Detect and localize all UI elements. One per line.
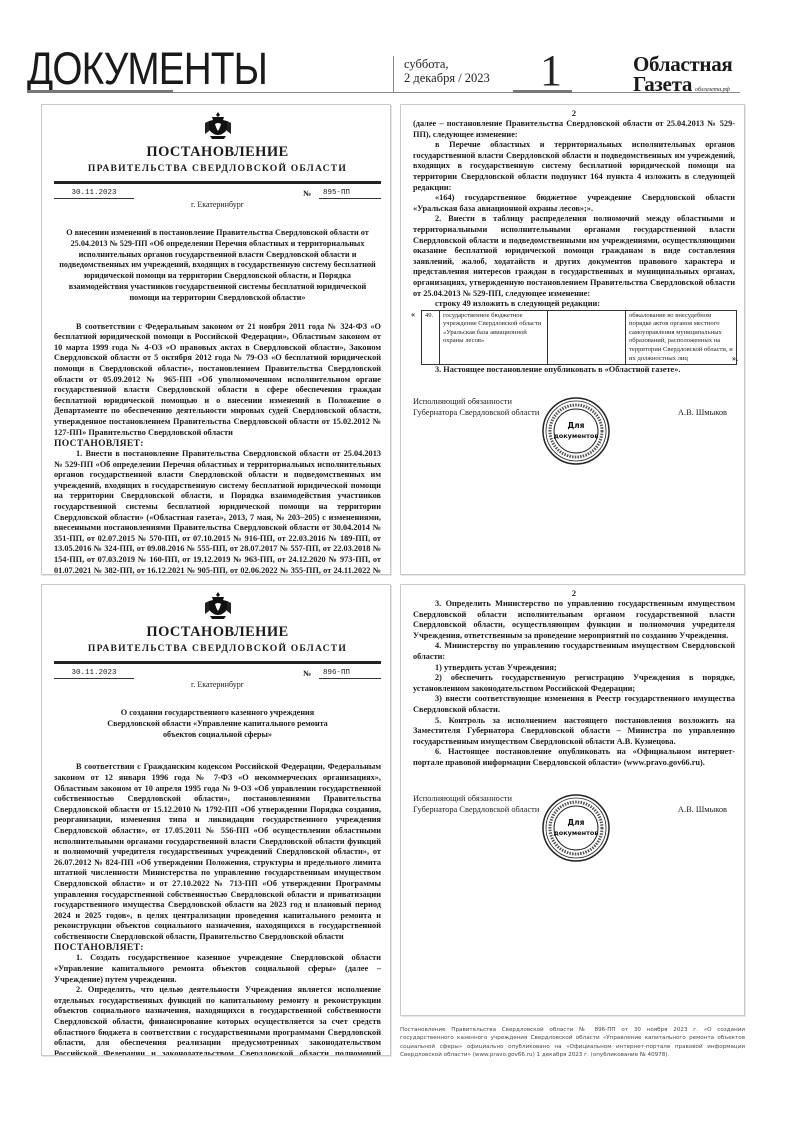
logo-line-1: Областная <box>633 54 733 74</box>
document-895-page-1: ПОСТАНОВЛЕНИЕ ПРАВИТЕЛЬСТВА СВЕРДЛОВСКОЙ… <box>41 104 391 575</box>
page-number-bar <box>513 90 572 93</box>
page-number: 1 <box>540 49 562 93</box>
svg-text:Для: Для <box>568 421 585 430</box>
number-label: № <box>303 189 311 200</box>
item-4-3: 3) внести соответствующие изменения в Ре… <box>413 694 735 715</box>
paragraph-a: в Перечне областных и территориальных ис… <box>413 140 735 193</box>
signatory-name: А.В. Шмыков <box>678 407 727 418</box>
table-row-49: « 49. государственное бюджетное учрежден… <box>413 310 735 366</box>
stamp-icon: Для документов <box>541 396 611 466</box>
issue-day: 2 декабря <box>404 71 455 85</box>
continuation: (далее – постановление Правительства Све… <box>413 119 735 140</box>
issue-year: / 2023 <box>458 71 490 85</box>
item-3: 3. Определить Министерство по управлению… <box>413 599 735 641</box>
table-row: 49. государственное бюджетное учреждение… <box>422 310 737 365</box>
resolution-number: 895-ПП <box>319 188 381 199</box>
resolution-title: ПОСТАНОВЛЕНИЕ <box>54 144 381 160</box>
svg-text:Для: Для <box>568 818 585 827</box>
distribution-table: 49. государственное бюджетное учреждение… <box>421 310 737 366</box>
item-1: 1. Создать государственное казенное учре… <box>54 953 381 985</box>
page-number-2: 2 <box>413 107 735 119</box>
table-cell-scope: обжалование во внесудебном порядке актов… <box>626 310 737 365</box>
resolution-city: г. Екатеринбург <box>54 200 381 211</box>
resolves-label: ПОСТАНОВЛЯЕТ: <box>54 942 381 953</box>
section-title: ДОКУМЕНТЫ <box>27 46 267 92</box>
row-intro: строку 49 изложить в следующей редакции: <box>413 299 735 310</box>
item-2: 2. Внести в таблицу распределения полном… <box>413 214 735 299</box>
signatory-name: А.В. Шмыков <box>678 804 727 815</box>
resolution-city: г. Екатеринбург <box>54 680 381 691</box>
resolution-heading: О создании государственного казенного уч… <box>94 708 341 740</box>
logo-site: облгазета.рф <box>695 87 730 93</box>
resolution-date: 30.11.2023 <box>54 668 134 679</box>
stamp-icon: Для документов <box>541 793 611 863</box>
svg-text:документов: документов <box>554 829 599 837</box>
item-4-2: 2) обеспечить государственную регистраци… <box>413 673 735 694</box>
document-896-page-1: ПОСТАНОВЛЕНИЕ ПРАВИТЕЛЬСТВА СВЕРДЛОВСКОЙ… <box>41 584 391 1056</box>
item-1: 1. Внести в постановление Правительства … <box>54 449 381 575</box>
document-895-page-2: 2 (далее – постановление Правительства С… <box>400 104 745 575</box>
item-2: 2. Определить, что целью деятельности Уч… <box>54 985 381 1056</box>
signatory-role: Исполняющий обязанности <box>413 396 539 407</box>
masthead-accent-bar <box>27 90 173 93</box>
signatory-role-2: Губернатора Свердловской области <box>413 407 539 418</box>
signature-block: Исполняющий обязанности Губернатора Свер… <box>413 396 735 470</box>
close-quote: ». <box>732 354 738 365</box>
table-cell-number: 49. <box>422 310 440 365</box>
item-5: 5. Контроль за исполнением настоящего по… <box>413 716 735 748</box>
issue-weekday: суббота, <box>404 57 490 71</box>
resolution-heading: О внесении изменений в постановление Пра… <box>58 228 377 304</box>
resolution-title: ПОСТАНОВЛЕНИЕ <box>54 624 381 640</box>
svg-text:документов: документов <box>554 432 599 440</box>
coat-of-arms-icon <box>203 591 233 621</box>
resolution-number: 896-ПП <box>319 668 381 679</box>
preamble: В соответствии с Федеральным законом от … <box>54 322 381 439</box>
resolves-label: ПОСТАНОВЛЯЕТ: <box>54 438 381 449</box>
preamble: В соответствии с Гражданским кодексом Ро… <box>54 762 381 942</box>
signature-block: Исполняющий обязанности Губернатора Свер… <box>413 793 735 867</box>
item-3: 3. Настоящее постановление опубликовать … <box>413 365 735 376</box>
signatory-role: Исполняющий обязанности <box>413 793 539 804</box>
resolution-requisites: 30.11.2023 № 895-ПП г. Екатеринбург <box>54 188 381 214</box>
header-double-rule <box>54 181 381 184</box>
item-6: 6. Настоящее постановление опубликовать … <box>413 747 735 768</box>
table-cell-institution: государственное бюджетное учреждение Све… <box>440 310 548 365</box>
page-number-2: 2 <box>413 587 735 599</box>
table-cell-empty <box>548 310 626 365</box>
open-quote: « <box>411 310 415 321</box>
coat-of-arms-icon <box>203 111 233 141</box>
signatory-role-2: Губернатора Свердловской области <box>413 804 539 815</box>
number-label: № <box>303 669 311 680</box>
logo-line-2: Газета <box>633 72 692 96</box>
paragraph-b: «164) государственное бюджетное учрежден… <box>413 193 735 214</box>
resolution-requisites: 30.11.2023 № 896-ПП г. Екатеринбург <box>54 668 381 694</box>
header-double-rule <box>54 661 381 664</box>
document-896-page-2: 2 3. Определить Министерство по управлен… <box>400 584 745 1016</box>
issue-date: суббота, 2 декабря / 2023 <box>404 57 490 85</box>
item-4-1: 1) утвердить устав Учреждения; <box>413 663 735 674</box>
masthead: ДОКУМЕНТЫ суббота, 2 декабря / 2023 1 Об… <box>0 0 800 96</box>
publication-footnote: Постановление Правительства Свердловской… <box>400 1026 745 1060</box>
newspaper-logo: Областная Газетаоблгазета.рф <box>633 54 733 100</box>
resolution-date: 30.11.2023 <box>54 188 134 199</box>
masthead-divider <box>393 56 394 92</box>
item-4: 4. Министерству по управлению государств… <box>413 641 735 662</box>
resolution-authority: ПРАВИТЕЛЬСТВА СВЕРДЛОВСКОЙ ОБЛАСТИ <box>54 163 381 175</box>
resolution-authority: ПРАВИТЕЛЬСТВА СВЕРДЛОВСКОЙ ОБЛАСТИ <box>54 643 381 655</box>
